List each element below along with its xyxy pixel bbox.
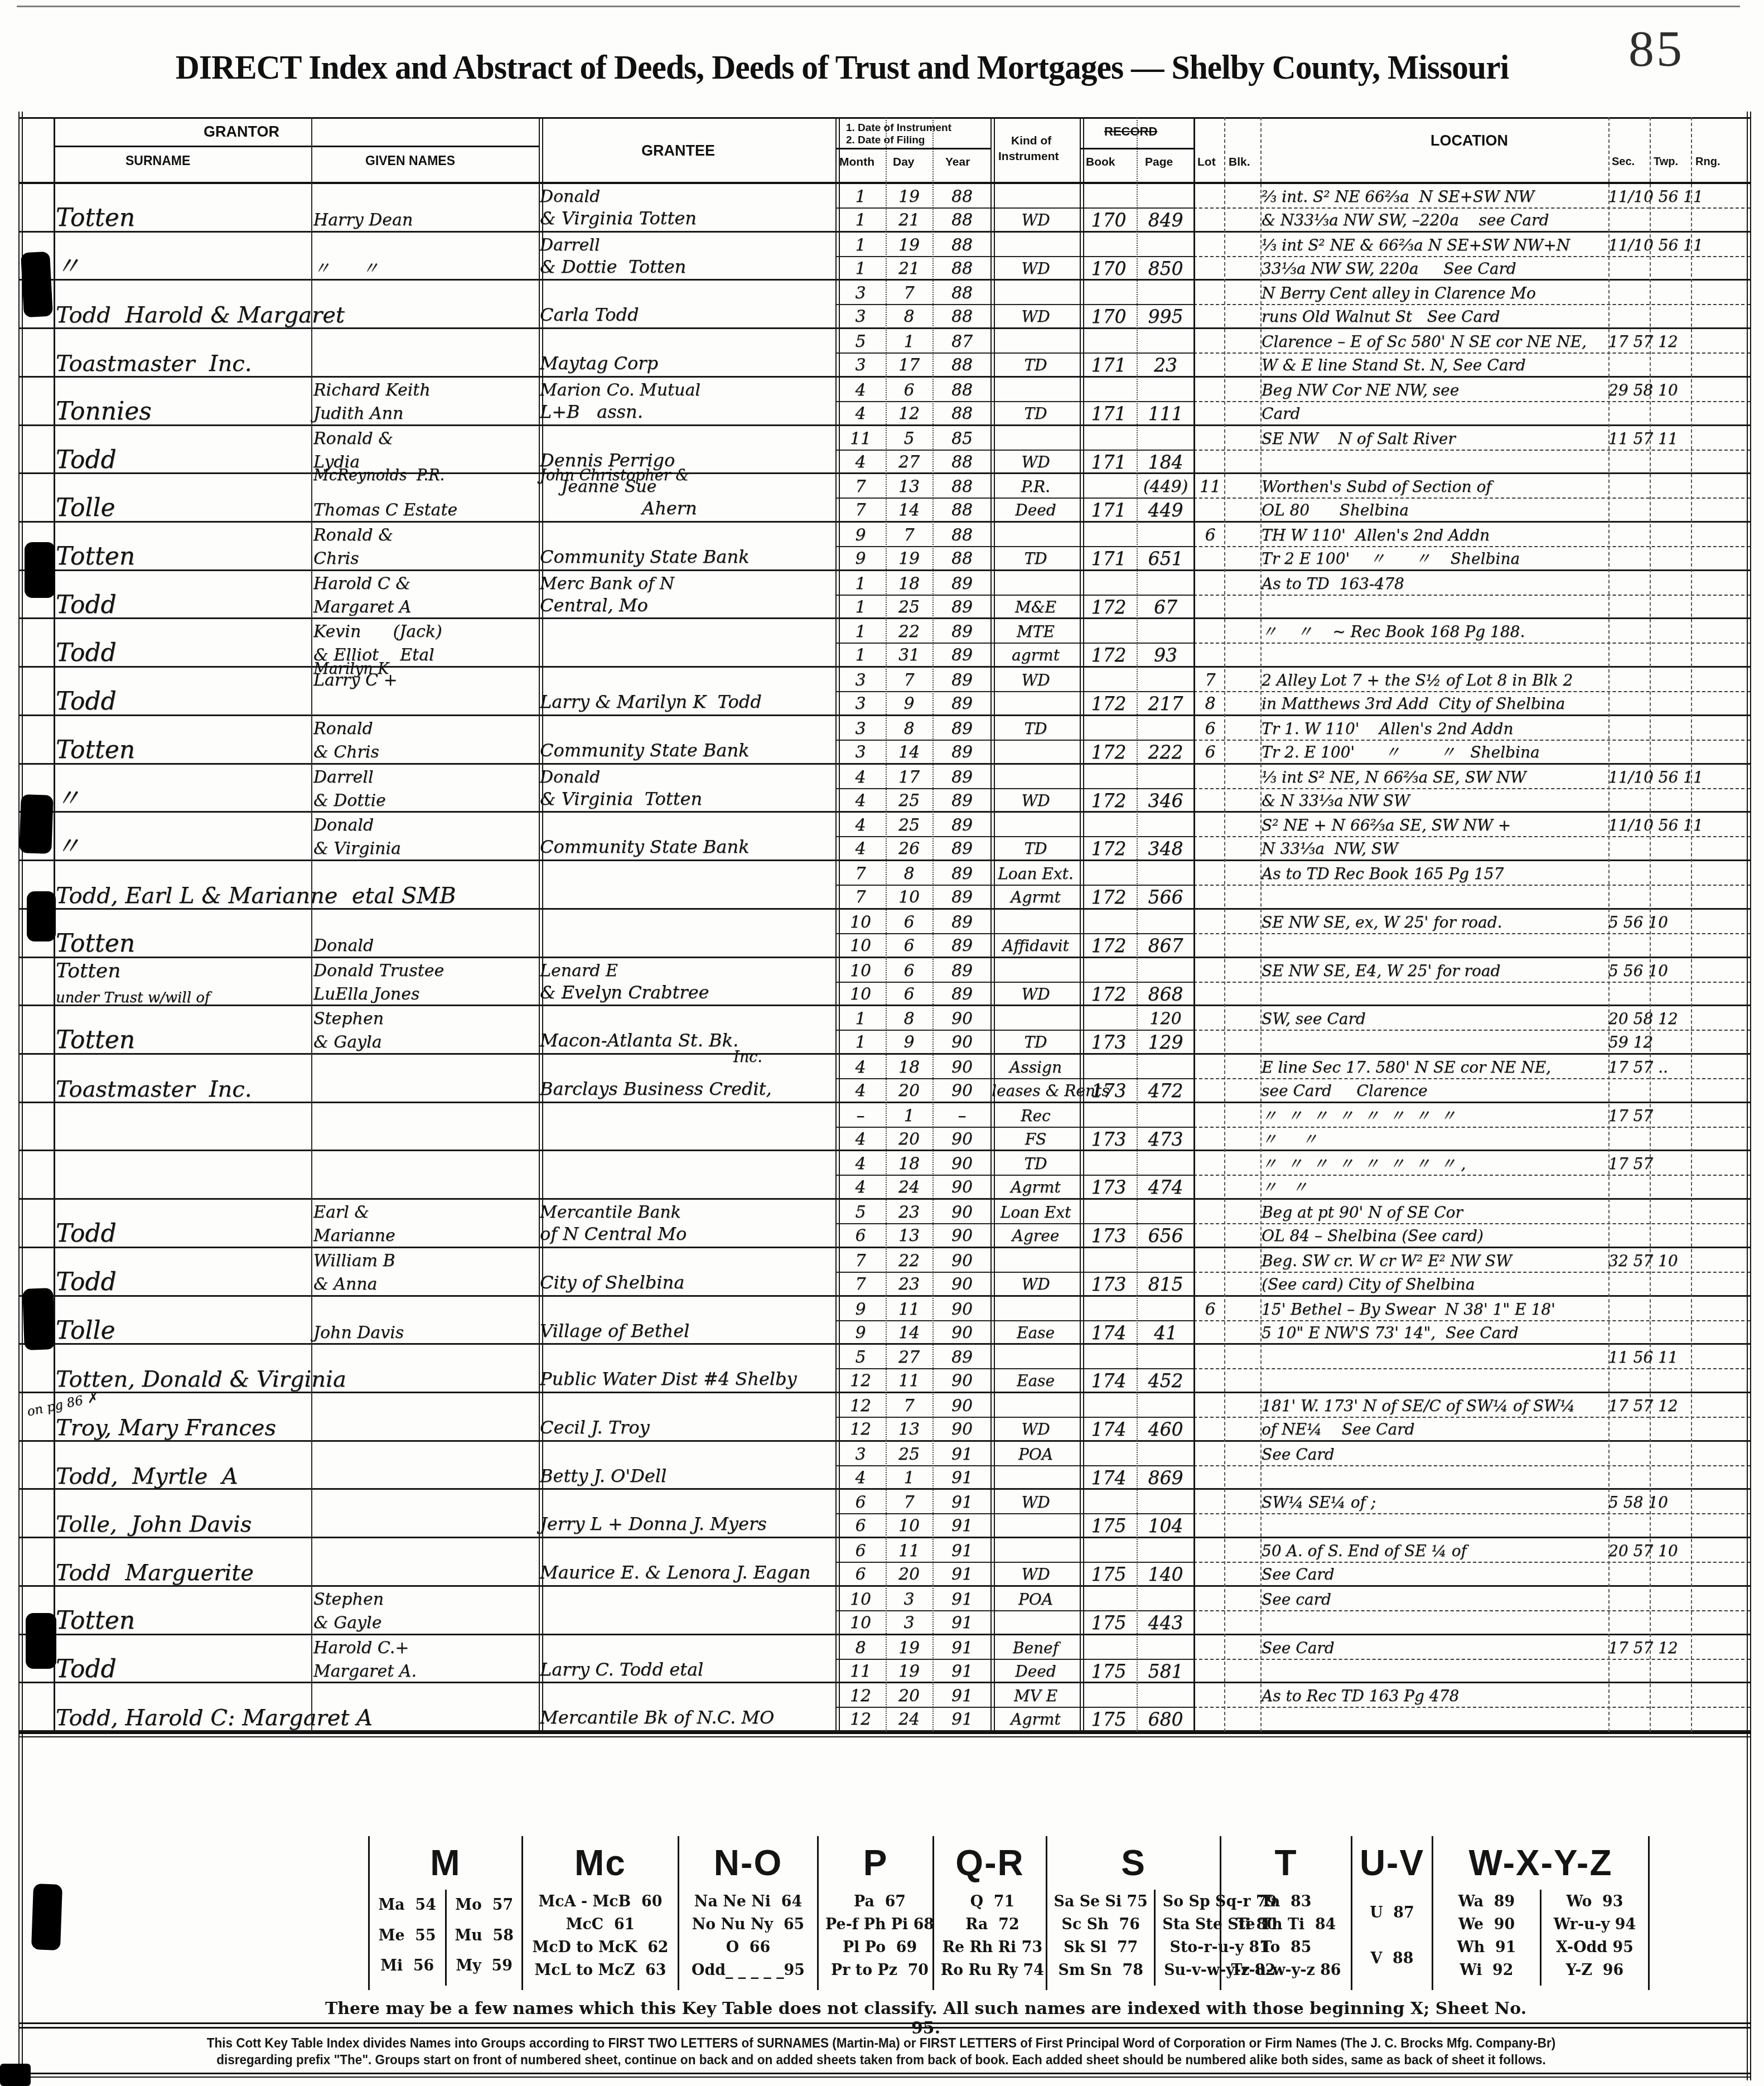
entry-cell-y2: 91 <box>934 1660 990 1684</box>
entry-cell-d1: 6 <box>886 959 932 984</box>
entry-cell-d2: 10 <box>886 1514 932 1539</box>
entry-cell-m1: 4 <box>837 814 885 838</box>
entry-cell-d1: 25 <box>886 1443 932 1467</box>
entry-cell-d2: 20 <box>886 1079 932 1104</box>
ledger-entry: ToddWilliam B& AnnaCity of Shelbina72290… <box>20 1248 1751 1297</box>
entry-cell-y2: 89 <box>934 886 990 910</box>
entry-cell-m2: 12 <box>837 1708 885 1732</box>
entry-cell-gra2: Jerry L + Donna J. Myers <box>540 1512 838 1537</box>
entry-cell-k2: WD <box>992 257 1080 282</box>
entry-cell-giv1: Richard Keith <box>313 379 542 403</box>
entry-cell-loc1: Tr 1. W 110' Allen's 2nd Addn <box>1262 717 1607 742</box>
entry-cell-m1: 1 <box>837 620 885 645</box>
entry-cell-sec1: 29 58 10 <box>1608 379 1750 403</box>
entry-cell-loc2: OL 84 – Shelbina (See card) <box>1262 1224 1607 1249</box>
entry-cell-y2: 89 <box>934 644 990 668</box>
entry-cell-loc1: ⅓ int S² NE, N 66⅔a SE, SW NW <box>1262 766 1607 790</box>
key-table-section-title: Q-R <box>934 1836 1046 1890</box>
scan-smudge <box>0 2064 31 2086</box>
entry-cell-k2: TD <box>992 354 1080 378</box>
key-table-entry: No Nu Ny 65 <box>687 1913 810 1935</box>
entry-cell-y2: 90 <box>934 1224 990 1249</box>
entry-cell-pg: 868 <box>1138 983 1193 1007</box>
entry-cell-m2: 4 <box>837 1128 885 1152</box>
page-title: DIRECT Index and Abstract of Deeds, Deed… <box>33 48 1650 88</box>
table-bottom-rule-2 <box>20 1736 1751 1737</box>
entry-cell-pg: 443 <box>1138 1611 1193 1636</box>
entry-cell-loc2: 〃 〃 <box>1262 1176 1607 1200</box>
ledger-entry: Toastmaster Inc.Maytag Corp518731788TD17… <box>20 329 1751 378</box>
entry-cell-d1: 5 <box>886 427 932 452</box>
ledger-entry: ToddEarl &MarianneMercantile Bankof N Ce… <box>20 1200 1751 1248</box>
entry-cell-sur: Totten <box>56 205 312 230</box>
entry-cell-m1: 12 <box>837 1684 885 1709</box>
binder-hole-mark <box>31 1884 62 1950</box>
entry-cell-m2: 4 <box>837 451 885 475</box>
key-table-column: McA - McB 60McC 61McD to McK 62McL to Mc… <box>523 1890 678 1986</box>
entry-cell-bk: 175 <box>1081 1660 1137 1684</box>
entry-cell-d1: 7 <box>886 282 932 306</box>
entry-cell-k1: Loan Ext <box>992 1201 1080 1225</box>
header-sec: Sec. <box>1612 156 1635 168</box>
entry-cell-y1: 89 <box>934 1346 990 1370</box>
entry-cell-m1: 9 <box>837 1298 885 1322</box>
entry-cell-loc1: SE NW SE, E4, W 25' for road <box>1262 959 1607 984</box>
entry-cell-pg: 995 <box>1138 305 1193 330</box>
entry-cell-m1: 6 <box>837 1539 885 1564</box>
header-rule-date <box>835 148 990 149</box>
entry-cell-d2: 24 <box>886 1176 932 1200</box>
entry-cell-y2: 88 <box>934 451 990 475</box>
header-twp: Twp. <box>1654 156 1678 168</box>
entry-cell-y2: 89 <box>934 934 990 959</box>
entry-cell-gra2: Community State Bank <box>540 545 838 569</box>
entry-cell-d2: 14 <box>886 1321 932 1346</box>
key-table-entry: Sa Se Si 75 <box>1054 1890 1148 1913</box>
key-table-entry: Te Th Ti 84 <box>1228 1913 1343 1935</box>
entry-cell-k2: WD <box>992 1418 1080 1442</box>
entry-cell-k1: Loan Ext. <box>992 862 1080 887</box>
entry-cell-d1: 11 <box>886 1539 932 1564</box>
entry-cell-pg: 129 <box>1138 1031 1193 1055</box>
key-table-section-title: Mc <box>523 1836 678 1890</box>
entry-cell-gra2: Betty J. O'Dell <box>540 1464 838 1489</box>
ledger-entry: TolleMcReynolds P.R.Thomas C EstateJohn … <box>20 474 1751 523</box>
key-table-section-q-r: Q-RQ 71Ra 72Re Rh Ri 73Ro Ru Ry 74 <box>934 1836 1047 1990</box>
entry-cell-y2: 88 <box>934 402 990 427</box>
ledger-entry: TottenHarry DeanDonald& Virginia Totten1… <box>20 184 1751 233</box>
entry-cell-bk: 174 <box>1081 1418 1137 1442</box>
page-number: 85 <box>1628 19 1684 78</box>
entry-cell-k1: WD <box>992 1491 1080 1515</box>
key-table-entry: Sk Sl 77 <box>1054 1935 1148 1958</box>
entry-cell-loc1: Clarence – E of Sc 580' N SE cor NE NE, <box>1262 330 1607 355</box>
entry-cell-m1: 10 <box>837 959 885 984</box>
entry-cell-k2: FS <box>992 1128 1080 1152</box>
entry-cell-m1: – <box>837 1104 885 1129</box>
entry-cell-loc2: Card <box>1262 402 1607 427</box>
entry-cell-pg: 449 <box>1138 499 1193 523</box>
header-month: Month <box>839 156 874 169</box>
entry-cell-d2: 25 <box>886 596 932 620</box>
entry-cell-y2: 89 <box>934 837 990 862</box>
entry-cell-pg: 815 <box>1138 1273 1193 1297</box>
binder-hole-mark <box>21 252 53 318</box>
binder-hole-mark <box>22 1288 55 1350</box>
entry-cell-pg: 473 <box>1138 1128 1193 1152</box>
entry-cell-pg: 23 <box>1138 354 1193 378</box>
entry-cell-m2: 6 <box>837 1224 885 1249</box>
entry-cell-k2: Deed <box>992 1660 1080 1684</box>
entry-cell-m2: 4 <box>837 837 885 862</box>
entry-cell-y1: 88 <box>934 379 990 403</box>
entry-cell-d2: 8 <box>886 305 932 330</box>
entry-cell-giv1: Larry C + <box>313 669 542 693</box>
entry-cell-gra2: of N Central Mo <box>540 1222 838 1247</box>
entry-cell-m1: 5 <box>837 1201 885 1225</box>
binder-hole-mark <box>27 891 56 941</box>
ledger-entry: Totten, Donald & VirginiaPublic Water Di… <box>20 1345 1751 1393</box>
entry-cell-lot1: 6 <box>1195 524 1226 548</box>
entry-cell-bk: 171 <box>1081 499 1137 523</box>
key-table-section-n-o: N-ONa Ne Ni 64No Nu Ny 65O 66Odd_ _ _ _ … <box>679 1836 819 1990</box>
fine-print-line-2: disregarding prefix "The". Groups start … <box>116 2053 1646 2068</box>
entry-cell-loc1: As to TD 163-478 <box>1262 572 1607 597</box>
entry-cell-pg: 452 <box>1138 1369 1193 1394</box>
entry-cell-loc2: runs Old Walnut St See Card <box>1262 305 1607 330</box>
entry-cell-m2: 1 <box>837 644 885 668</box>
entry-cell-d1: 7 <box>886 524 932 548</box>
entry-cell-loc2: 5 10" E NW'S 73' 14", See Card <box>1262 1321 1607 1346</box>
entry-cell-m1: 5 <box>837 330 885 355</box>
scan-edge-line <box>17 6 1740 7</box>
entry-cell-giv2: John Davis <box>313 1321 542 1346</box>
entry-cell-pg: 474 <box>1138 1176 1193 1200</box>
entry-cell-k2: agrmt <box>992 644 1080 668</box>
entry-cell-y1: 89 <box>934 766 990 790</box>
entry-cell-d1: 18 <box>886 1056 932 1080</box>
entry-cell-gra0r: Inc. <box>733 1046 850 1070</box>
entry-cell-sur: Totten <box>56 1608 312 1633</box>
entry-cell-m2: 9 <box>837 1321 885 1346</box>
entry-cell-sec1: 17 57 12 <box>1608 330 1750 355</box>
ledger-entry: ToddRonald &LydiaDennis Perrigo115854278… <box>20 426 1751 475</box>
key-table-entry: Me 55 <box>375 1920 439 1951</box>
entry-cell-giv1: Ronald & <box>313 524 542 548</box>
entry-cell-d2: 21 <box>886 257 932 282</box>
ledger-entry: Todd, Myrtle ABetty J. O'Dell325914191PO… <box>20 1442 1751 1490</box>
entry-cell-bk: 171 <box>1081 402 1137 427</box>
key-table-entry: Pe-f Ph Pi 68 <box>825 1913 934 1935</box>
entry-cell-d1: 19 <box>886 234 932 258</box>
header-kind-1: Kind of <box>1011 134 1051 148</box>
entry-cell-y1: 88 <box>934 282 990 306</box>
entry-cell-loc2: & N 33⅓a NW SW <box>1262 789 1607 814</box>
entry-cell-giv2: & Dottie <box>313 789 542 814</box>
entry-cell-d1: 25 <box>886 814 932 838</box>
entry-cell-m2: 3 <box>837 741 885 765</box>
entry-cell-giv1: Harold C.+ <box>313 1636 542 1661</box>
entry-cell-y1: 91 <box>934 1636 990 1661</box>
key-table-section-mc: McMcA - McB 60McC 61McD to McK 62McL to … <box>523 1836 679 1990</box>
entry-cell-gra2: L+B assn. <box>540 400 838 424</box>
ledger-entry: TottenStephen& Gayle1039110391POA175443S… <box>20 1587 1751 1635</box>
entry-cell-m1: 3 <box>837 717 885 742</box>
entry-cell-sec1: 11/10 56 11 <box>1608 766 1750 790</box>
entry-cell-m1: 1 <box>837 572 885 597</box>
ledger-entry: –1–Rec〃 〃 〃 〃 〃 〃 〃 〃17 5742090FS173473〃… <box>20 1103 1751 1152</box>
entry-cell-sec1: 17 57 12 <box>1608 1394 1750 1419</box>
entry-cell-sur: 〃 <box>56 254 312 278</box>
entry-cell-y1: 91 <box>934 1539 990 1564</box>
key-table-entry: Wa 89 <box>1440 1890 1534 1913</box>
header-surname: SURNAME <box>125 153 190 168</box>
entry-cell-giv2: Thomas C Estate <box>313 499 542 523</box>
key-table-entry: Q 71 <box>941 1890 1044 1913</box>
entry-cell-y1: 89 <box>934 669 990 693</box>
entry-cell-bk: 175 <box>1081 1708 1137 1732</box>
entry-cell-gra2: Central, Mo <box>540 593 838 618</box>
entry-cell-bk: 172 <box>1081 837 1137 862</box>
entry-cell-bk: 172 <box>1081 789 1137 814</box>
key-table-column: Wo 93Wr-u-y 94X-Odd 95Y-Z 96 <box>1540 1890 1648 1986</box>
entry-cell-pg: 680 <box>1138 1708 1193 1732</box>
entry-cell-sur: 〃 <box>56 834 312 858</box>
header-date-instrument: 1. Date of Instrument <box>846 122 951 134</box>
entry-cell-pg: 651 <box>1138 547 1193 572</box>
entry-cell-lot2: 8 <box>1195 692 1226 717</box>
entry-cell-wide2: Todd, Earl L & Marianne etal SMB <box>56 883 834 908</box>
entry-cell-k2: Deed <box>992 499 1080 523</box>
entry-cell-y2: 89 <box>934 596 990 620</box>
entry-cell-gra2: Village of Bethel <box>540 1319 838 1344</box>
key-table-column: U 87V 88 <box>1352 1890 1432 1986</box>
key-table-column: Pa 67Pe-f Ph Pi 68Pl Po 69Pr to Pz 70 <box>819 1890 941 1986</box>
entry-cell-loc1: N Berry Cent alley in Clarence Mo <box>1262 282 1607 306</box>
entry-cell-gra2: & Virginia Totten <box>540 206 838 231</box>
key-table-entry: Na Ne Ni 64 <box>687 1890 810 1913</box>
entry-cell-k2: Ease <box>992 1321 1080 1346</box>
entry-cell-y2: 91 <box>934 1563 990 1587</box>
entry-cell-sur: Todd <box>56 592 312 617</box>
entry-cell-m1: 1 <box>837 185 885 210</box>
entry-cell-pg: 566 <box>1138 886 1193 910</box>
entry-cell-sec1: 32 57 10 <box>1608 1249 1750 1274</box>
entry-cell-m2: 3 <box>837 354 885 378</box>
entry-cell-m1: 4 <box>837 766 885 790</box>
entry-cell-loc1: See Card <box>1262 1636 1607 1661</box>
entry-cell-y2: 90 <box>934 1031 990 1055</box>
entry-cell-k1: MV E <box>992 1684 1080 1709</box>
entry-cell-gra2: Community State Bank <box>540 835 838 859</box>
key-table-section-title: W-X-Y-Z <box>1433 1836 1648 1890</box>
ledger-entry: TottenRonald& ChrisCommunity State Bank3… <box>20 716 1751 765</box>
entry-cell-giv1: Stephen <box>313 1007 542 1032</box>
entry-cell-loc1: 2 Alley Lot 7 + the S½ of Lot 8 in Blk 2 <box>1262 669 1607 693</box>
entry-cell-d2: 13 <box>886 1418 932 1442</box>
entry-cell-y1: 91 <box>934 1443 990 1467</box>
key-table-entry: Y-Z 96 <box>1548 1958 1642 1981</box>
entry-cell-sec1: 17 57 12 <box>1608 1636 1750 1661</box>
entry-cell-m2: 6 <box>837 1563 885 1587</box>
entry-cell-y2: 89 <box>934 741 990 765</box>
footer-rule-2 <box>20 2027 1751 2029</box>
header-grantee: GRANTEE <box>641 142 715 160</box>
entry-cell-loc2: see Card Clarence <box>1262 1079 1607 1104</box>
entry-cell-loc2: Tr 2 E 100' 〃 〃 Shelbina <box>1262 547 1607 572</box>
entry-cell-sur: Todd <box>56 640 312 665</box>
entry-cell-d2: 6 <box>886 934 932 959</box>
binder-hole-mark <box>25 542 55 598</box>
ledger-entry: Toastmaster Inc.Inc.Barclays Business Cr… <box>20 1055 1751 1103</box>
ledger-entry: TonniesRichard KeithJudith AnnMarion Co.… <box>20 378 1751 426</box>
entry-cell-m2: 9 <box>837 547 885 572</box>
ledger-entry: TottenDonald1068910689Affidavit172867SE … <box>20 910 1751 958</box>
entry-cell-k2: M&E <box>992 596 1080 620</box>
entry-cell-m1: 3 <box>837 669 885 693</box>
entry-cell-d2: 14 <box>886 741 932 765</box>
key-table-section-title: T <box>1221 1836 1351 1890</box>
entry-cell-y2: 88 <box>934 209 990 233</box>
entry-cell-y2: 89 <box>934 692 990 717</box>
entry-cell-y1: – <box>934 1104 990 1129</box>
header-rule-record <box>1080 148 1193 149</box>
entry-cell-d1: 8 <box>886 862 932 887</box>
header-year: Year <box>945 156 970 169</box>
entry-cell-y1: 89 <box>934 572 990 597</box>
key-table-entry: Wo 93 <box>1548 1890 1642 1913</box>
entry-cell-pg: 656 <box>1138 1224 1193 1249</box>
entry-cell-m2: 4 <box>837 1176 885 1200</box>
header-kind-2: Instrument <box>998 150 1059 163</box>
entry-cell-m1: 8 <box>837 1636 885 1661</box>
entry-cell-bk: 173 <box>1081 1176 1137 1200</box>
entry-cell-d2: 19 <box>886 1660 932 1684</box>
entry-cell-giv1: Darrell <box>313 766 542 790</box>
entry-cell-loc1: TH W 110' Allen's 2nd Addn <box>1262 524 1607 548</box>
entry-cell-k2: WD <box>992 451 1080 475</box>
entry-cell-k2: WD <box>992 1273 1080 1297</box>
entry-cell-k2: WD <box>992 1563 1080 1587</box>
entry-cell-sec1: 20 57 10 <box>1608 1539 1750 1564</box>
entry-cell-bk: 173 <box>1081 1031 1137 1055</box>
entry-cell-d2: 21 <box>886 209 932 233</box>
ledger-entry: 41890TD〃 〃 〃 〃 〃 〃 〃 〃 ,17 5742490Agrmt1… <box>20 1151 1751 1200</box>
entry-cell-loc2: OL 80 Shelbina <box>1262 499 1607 523</box>
entry-cell-m1: 6 <box>837 1491 885 1515</box>
entry-cell-loc1: 〃 〃 〃 〃 〃 〃 〃 〃 <box>1262 1104 1607 1129</box>
entry-cell-d2: 13 <box>886 1224 932 1249</box>
entry-cell-pg: 41 <box>1138 1321 1193 1346</box>
entry-cell-loc1: Beg. SW cr. W cr W² E² NW SW <box>1262 1249 1607 1274</box>
key-table-section-w-x-y-z: W-X-Y-ZWa 89We 90Wh 91Wi 92Wo 93Wr-u-y 9… <box>1433 1836 1648 1990</box>
entry-cell-lot1: 6 <box>1195 717 1226 742</box>
entry-cell-m1: 9 <box>837 524 885 548</box>
entry-cell-giv1: Donald Trustee <box>313 959 542 984</box>
header-rule-grantor <box>54 146 539 147</box>
entry-cell-pg: 581 <box>1138 1660 1193 1684</box>
key-table-entry: McA - McB 60 <box>530 1890 670 1913</box>
key-table: MMa 54Me 55Mi 56Mo 57Mu 58My 59McMcA - M… <box>368 1836 1650 1990</box>
entry-cell-k2: Agree <box>992 1224 1080 1249</box>
entry-cell-giv2: 〃 〃 <box>313 257 542 282</box>
entry-cell-d1: 6 <box>886 911 932 935</box>
entry-cell-sur: Todd <box>56 689 312 713</box>
header-lot: Lot <box>1197 156 1216 169</box>
key-table-entry: McC 61 <box>530 1913 670 1935</box>
entry-cell-pg1: (449) <box>1138 475 1193 500</box>
entry-cell-pg: 111 <box>1138 402 1193 427</box>
entry-cell-d2: 25 <box>886 789 932 814</box>
entry-cell-lot1: 7 <box>1195 669 1226 693</box>
entry-cell-giv0: McReynolds P.R. <box>313 464 542 489</box>
entry-cell-pg: 348 <box>1138 837 1193 862</box>
entry-cell-k1: Benef <box>992 1636 1080 1661</box>
entry-cell-giv1: Ronald <box>313 717 542 742</box>
entry-cell-loc2: 33⅓a NW SW, 220a See Card <box>1262 257 1607 282</box>
entry-cell-loc2: W & E line Stand St. N, See Card <box>1262 354 1607 378</box>
entry-cell-y2: 91 <box>934 1611 990 1636</box>
entry-cell-m2: 10 <box>837 934 885 959</box>
binder-hole-mark <box>26 1613 56 1669</box>
entry-cell-loc1: 50 A. of S. End of SE ¼ of <box>1262 1539 1607 1564</box>
entry-cell-m1: 10 <box>837 911 885 935</box>
entry-cell-sur: Tonnies <box>56 399 312 423</box>
key-table-column: Wa 89We 90Wh 91Wi 92 <box>1433 1890 1540 1986</box>
entry-cell-d1: 20 <box>886 1684 932 1709</box>
entry-cell-k2: Agrmt <box>992 886 1080 910</box>
key-table-section-title: M <box>370 1836 521 1890</box>
entry-cell-d1: 22 <box>886 1249 932 1274</box>
entry-cell-k1: TD <box>992 717 1080 742</box>
key-table-entry: Odd_ _ _ _ _95 <box>687 1958 810 1981</box>
entry-cell-y1: 85 <box>934 427 990 452</box>
entry-cell-giv1: Kevin (Jack) <box>313 620 542 645</box>
key-table-entry: Ta 83 <box>1228 1890 1343 1913</box>
entry-cell-y2: 90 <box>934 1176 990 1200</box>
entry-cell-pg: 867 <box>1138 934 1193 959</box>
entry-cell-sur: Totten <box>56 1027 312 1052</box>
entry-cell-loc1: SE NW N of Salt River <box>1262 427 1607 452</box>
entry-cell-k2: WD <box>992 209 1080 233</box>
entry-cell-sec1: 17 57 .. <box>1608 1056 1750 1080</box>
entry-cell-m1: 4 <box>837 1152 885 1177</box>
key-table-column: Mo 57Mu 58My 59 <box>445 1890 522 1986</box>
header-page: Page <box>1145 156 1173 169</box>
entry-cell-giv2: Chris <box>313 547 542 572</box>
entry-cell-k2: TD <box>992 1031 1080 1055</box>
entry-cell-d1: 18 <box>886 572 932 597</box>
entry-cell-loc1: SW¼ SE¼ of ; <box>1262 1491 1607 1515</box>
entry-cell-loc2: N 33⅓a NW, SW <box>1262 837 1607 862</box>
entry-cell-loc1: Worthen's Subd of Section of <box>1262 475 1607 500</box>
entry-cell-loc1: SW, see Card <box>1262 1007 1607 1032</box>
key-table-entry: U 87 <box>1359 1890 1426 1935</box>
key-table-entry: Wi 92 <box>1440 1958 1534 1981</box>
entry-cell-m1: 3 <box>837 282 885 306</box>
entry-cell-gra2: Maytag Corp <box>540 351 838 376</box>
entry-cell-d2: 12 <box>886 402 932 427</box>
entry-cell-k2: WD <box>992 983 1080 1007</box>
entry-cell-pg: 140 <box>1138 1563 1193 1587</box>
entry-cell-k1: Assign <box>992 1056 1080 1080</box>
entry-cell-y1: 91 <box>934 1684 990 1709</box>
entry-cell-y1: 89 <box>934 814 990 838</box>
entry-cell-k2: WD <box>992 305 1080 330</box>
key-table-column: Sa Se Si 75Sc Sh 76Sk Sl 77Sm Sn 78 <box>1047 1890 1154 1986</box>
entry-cell-y2: 90 <box>934 1128 990 1152</box>
entry-cell-sec1: 17 57 <box>1608 1152 1750 1177</box>
